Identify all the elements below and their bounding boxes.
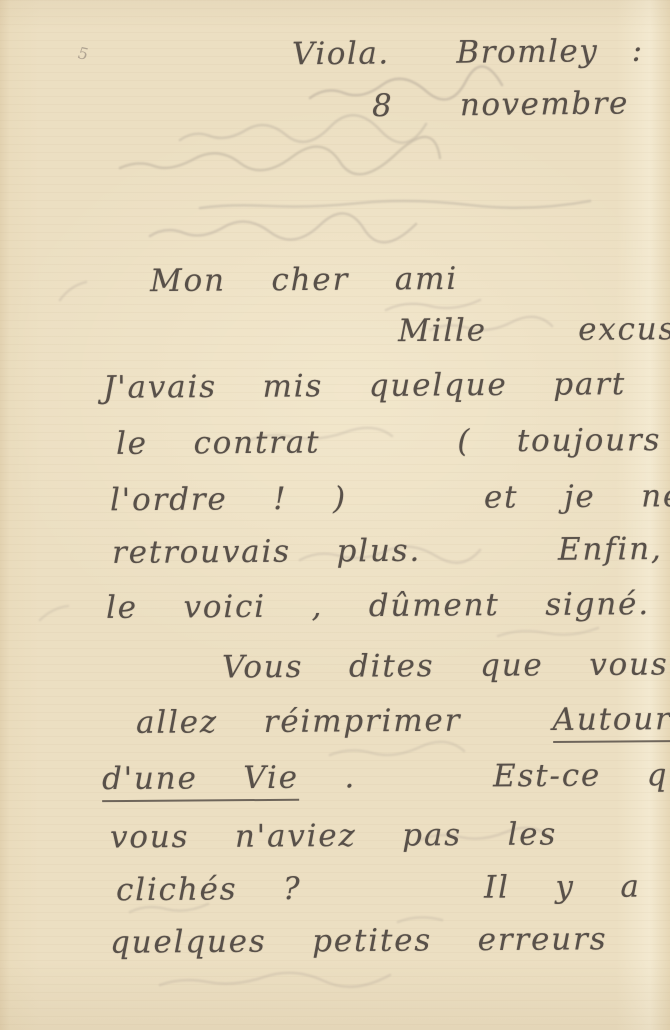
letter-date: 8 novembre 1902 (372, 84, 670, 124)
letter-page: 5 Viola. Bromley : Kent 8 novembre 1902 … (0, 0, 670, 1030)
letter-line-text: vous n'aviez pas les (110, 816, 557, 855)
letter-line-text: Mille excuses. (398, 311, 670, 349)
letter-line-text: le contrat ( toujours (116, 422, 662, 462)
letter-line: vous n'aviez pas les (110, 816, 557, 855)
letter-line: le contrat ( toujours (116, 422, 662, 462)
letter-line: J'avais mis quelque part (103, 366, 626, 406)
letter-line: l'ordre ! ) et je ne le (110, 478, 670, 519)
letter-line-text: J'avais mis quelque part (103, 366, 626, 406)
letter-line-text: quelques petites erreurs (110, 921, 608, 960)
letter-line: Vous dites que vous (222, 646, 669, 685)
letter-address: Viola. Bromley : Kent (292, 32, 670, 73)
letter-line-text: le voici , dûment signé. (106, 586, 650, 626)
letter-line: quelques petites erreurs (110, 921, 608, 960)
letter-line: allez réimprimer Autour (136, 701, 670, 741)
letter-line-text: allez réimprimer (136, 702, 553, 741)
underlined-title-text: Autour (552, 701, 670, 743)
letter-line: retrouvais plus. Enfin, (112, 531, 663, 571)
letter-line: Mille excuses. (398, 311, 670, 349)
letter-line-text: . Est-ce que (299, 757, 670, 796)
letter-line: le voici , dûment signé. (106, 586, 650, 626)
letter-line: Mon cher ami (150, 261, 458, 299)
letter-line-text: clichés ? Il y a bien (116, 868, 670, 909)
underlined-title-text: d'une Vie (102, 760, 299, 802)
letter-line-text: Vous dites que vous (222, 646, 669, 685)
letter-line: d'une Vie . Est-ce que (102, 757, 670, 797)
letter-line: clichés ? Il y a bien (116, 868, 670, 909)
letter-line-text: retrouvais plus. Enfin, (112, 531, 663, 571)
letter-line-text: l'ordre ! ) et je ne le (110, 478, 670, 519)
letter-line-text: Mon cher ami (150, 261, 458, 299)
